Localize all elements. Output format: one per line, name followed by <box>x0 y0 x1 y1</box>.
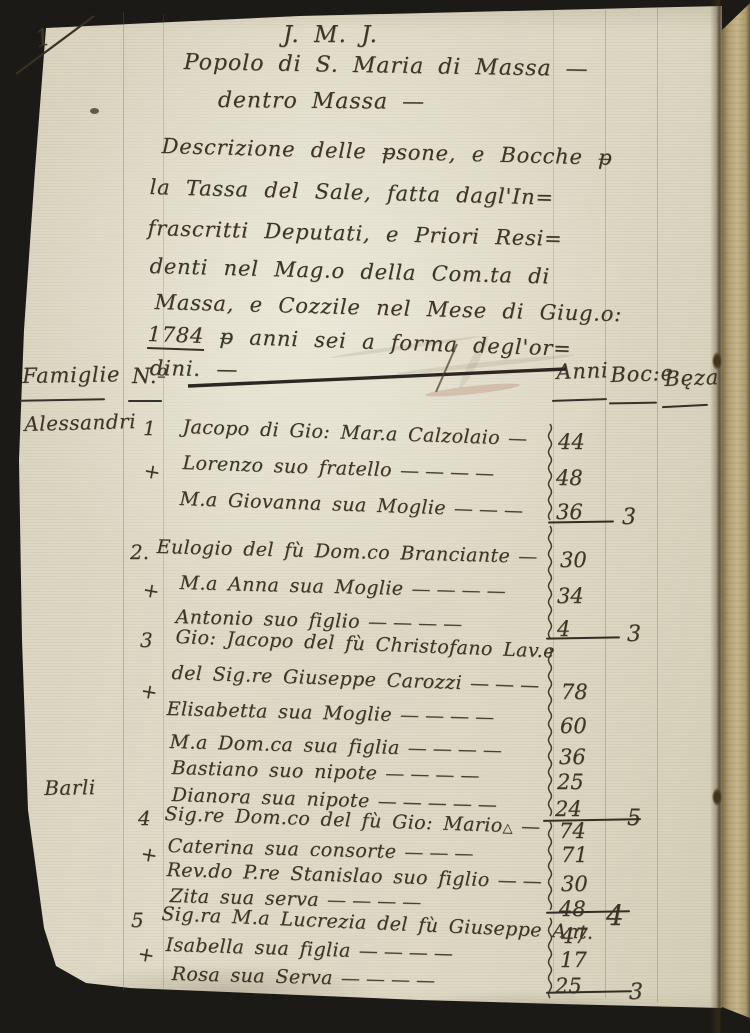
group-bocche: 3 <box>622 505 636 530</box>
dash-leader: — — — <box>462 672 538 697</box>
member-age: 47 <box>561 924 588 948</box>
ink-mark <box>90 108 99 114</box>
column-rule <box>163 14 164 988</box>
member-age: 30 <box>560 548 587 572</box>
member-age: 36 <box>559 745 586 769</box>
dash-leader: — — — — <box>392 704 493 729</box>
member-age: 74 <box>559 819 586 843</box>
group-number: 1 <box>143 416 156 440</box>
dash-leader: — — — — <box>403 578 504 603</box>
invocation: J. M. J. <box>283 22 378 48</box>
member-name: Rosa sua Serva <box>171 963 333 989</box>
group-number: 4 <box>138 806 151 830</box>
member-age: 25 <box>557 770 584 794</box>
binding-thread-knot <box>712 788 722 806</box>
member-age: 34 <box>557 584 584 608</box>
house-mark: △ <box>502 821 513 836</box>
dash-leader: — <box>513 815 539 838</box>
dash-leader: — — — — <box>333 967 434 992</box>
dash-leader: — <box>510 545 536 568</box>
adjacent-page-edge <box>722 0 750 1033</box>
dash-leader: — — — — <box>377 762 478 787</box>
column-header-famiglie: Famiglie <box>22 362 120 388</box>
family-label: Barli <box>44 775 96 800</box>
manuscript-scan: { "scan": { "background_color": "#1b1a17… <box>0 0 750 1033</box>
document-subtitle: dentro Massa — <box>218 88 425 115</box>
dash-leader: — — — — <box>350 940 451 965</box>
column-header-numero: N.º <box>132 364 168 388</box>
member-age: 25 <box>555 974 582 998</box>
folio-number: 1 <box>32 22 54 53</box>
binding-thread-knot <box>712 352 722 370</box>
member-age: 17 <box>560 948 587 972</box>
dash-leader: — <box>500 427 526 450</box>
member-age: 60 <box>560 714 587 738</box>
dash-leader: — — — <box>396 841 472 865</box>
page-fold <box>710 0 724 1033</box>
dash-leader: — — <box>489 869 540 893</box>
member-age: 71 <box>561 843 588 867</box>
member-age: 24 <box>555 797 582 821</box>
group-bocche: 3 <box>629 980 643 1005</box>
member-age: 30 <box>561 872 588 896</box>
dash-leader: — — — — <box>360 611 461 636</box>
column-rule <box>123 12 124 990</box>
dash-leader: — — — — <box>392 459 493 484</box>
dash-leader: — — — — <box>399 737 500 762</box>
member-age: 44 <box>558 430 585 454</box>
header-underline <box>128 400 162 402</box>
member-age: 48 <box>556 466 583 490</box>
group-number: 2. <box>130 540 149 564</box>
dash-leader: — — — <box>446 497 522 522</box>
group-bocche: 4 <box>606 899 624 932</box>
family-label: Alessandri <box>24 409 136 436</box>
column-rule <box>657 8 658 1002</box>
year: 1784 <box>147 322 205 351</box>
member-age: 48 <box>559 897 586 921</box>
group-number: 5 <box>131 908 144 932</box>
group-bocche: 3 <box>627 622 641 647</box>
column-header-anni: Anni <box>556 358 609 384</box>
group-number: 3 <box>140 628 153 652</box>
member-age: 78 <box>561 680 588 704</box>
